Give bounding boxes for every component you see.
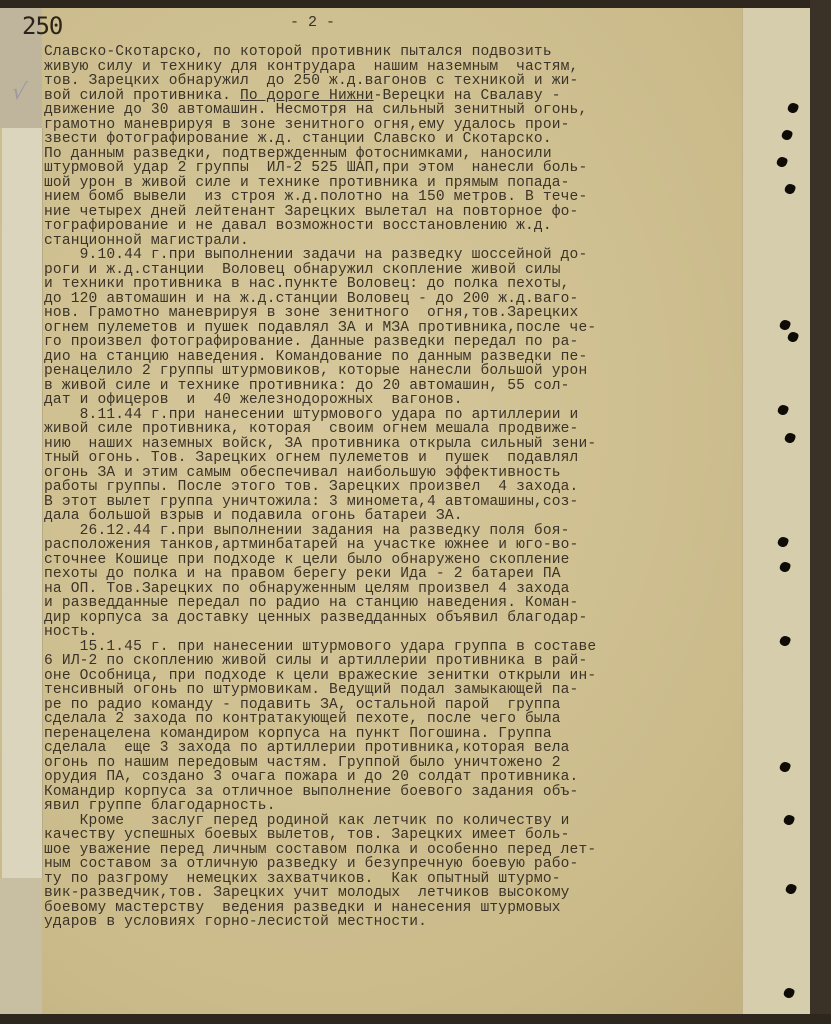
text-line: сделала еще 3 захода по артиллерии проти… xyxy=(44,741,734,756)
text-line: огнем пулеметов и пушек подавлял ЗА и МЗ… xyxy=(44,321,734,336)
text-line: сделала 2 захода по контратакующей пехот… xyxy=(44,712,734,727)
text-line: шое уважение перед личным составом полка… xyxy=(44,843,734,858)
text-line: оне Особница, при подходе к цели вражеск… xyxy=(44,669,734,684)
text-line: в живой силе и технике противника: до 20… xyxy=(44,379,734,394)
text-line: ние четырех дней лейтенант Зарецких выле… xyxy=(44,205,734,220)
text-line: до 120 автомашин и на ж.д.станции Волове… xyxy=(44,292,734,307)
text-line: 9.10.44 г.при выполнении задачи на разве… xyxy=(44,248,734,263)
text-line: работы группы. После этого тов. Зарецких… xyxy=(44,480,734,495)
scan-frame-bottom xyxy=(0,1014,831,1024)
text-line: вик-разведчик,тов. Зарецких учит молодых… xyxy=(44,886,734,901)
text-line: ту по разгрому немецких захватчиков. Как… xyxy=(44,872,734,887)
text-line: явил группе благодарность. xyxy=(44,799,734,814)
text-line: перенацелена командиром корпуса на пункт… xyxy=(44,727,734,742)
document-body-text: Славско-Скотарско, по которой противник … xyxy=(44,45,734,930)
text-line: По данным разведки, подтвержденным фотос… xyxy=(44,147,734,162)
text-line: грамотно маневрируя в зоне зенитного огн… xyxy=(44,118,734,133)
text-line: тный огонь. Тов. Зарецких огнем пулемето… xyxy=(44,451,734,466)
page-number: - 2 - xyxy=(290,14,335,31)
text-line: огонь по нашим передовым частям. Группой… xyxy=(44,756,734,771)
text-line: В этот вылет группа уничтожила: 3 миноме… xyxy=(44,495,734,510)
text-line: тов. Зарецких обнаружил до 250 ж.д.вагон… xyxy=(44,74,734,89)
text-line: ре по радио команду - подавить ЗА, остал… xyxy=(44,698,734,713)
text-line: Командир корпуса за отличное выполнение … xyxy=(44,785,734,800)
text-line: шой урон в живой силе и технике противни… xyxy=(44,176,734,191)
text-line: нов. Грамотно маневрируя в зоне зенитног… xyxy=(44,306,734,321)
text-line: дат и офицеров и 40 железнодорожных ваго… xyxy=(44,393,734,408)
text-line: ренацелило 2 группы штурмовиков, которые… xyxy=(44,364,734,379)
text-line: живую силу и технику для контрудара наши… xyxy=(44,60,734,75)
text-line: и техники противника в нас.пункте Волове… xyxy=(44,277,734,292)
text-line: нием бомб вывели из строя ж.д.полотно на… xyxy=(44,190,734,205)
text-line: тографирование и не давал возможности во… xyxy=(44,219,734,234)
text-line: го произвел фотографирование. Данные раз… xyxy=(44,335,734,350)
text-line: ность. xyxy=(44,625,734,640)
text-line: расположения танков,артминбатарей на уча… xyxy=(44,538,734,553)
text-line: 8.11.44 г.при нанесении штурмового удара… xyxy=(44,408,734,423)
text-line: ным составом за отличную разведку и безу… xyxy=(44,857,734,872)
text-line: Славско-Скотарско, по которой противник … xyxy=(44,45,734,60)
text-line: Кроме заслуг перед родиной как летчик по… xyxy=(44,814,734,829)
text-line: дир корпуса за доставку ценных разведдан… xyxy=(44,611,734,626)
text-line: на ОП. Тов.Зарецких по обнаруженным целя… xyxy=(44,582,734,597)
text-line: живой силе противника, которая своим огн… xyxy=(44,422,734,437)
text-line: нию наших наземных войск, ЗА противника … xyxy=(44,437,734,452)
text-line: боевому мастерству ведения разведки и на… xyxy=(44,901,734,916)
binding-strip-middle xyxy=(2,128,43,878)
text-line: 6 ИЛ-2 по скоплению живой силы и артилле… xyxy=(44,654,734,669)
text-line: штурмовой удар 2 группы ИЛ-2 525 ШАП,при… xyxy=(44,161,734,176)
text-line: дио на станцию наведения. Командование п… xyxy=(44,350,734,365)
archive-page-number: 250 xyxy=(22,12,62,40)
scan-frame-right xyxy=(810,0,831,1024)
text-line: станционной магистрали. xyxy=(44,234,734,249)
text-line: ударов в условиях горно-лесистой местнос… xyxy=(44,915,734,930)
text-line: роги и ж.д.станции Воловец обнаружил ско… xyxy=(44,263,734,278)
text-line: вой силой противника. По дороге Нижни-Ве… xyxy=(44,89,734,104)
text-line: 26.12.44 г.при выполнении задания на раз… xyxy=(44,524,734,539)
text-line: тенсивный огонь по штурмовикам. Ведущий … xyxy=(44,683,734,698)
text-line: и разведданные передал по радио на станц… xyxy=(44,596,734,611)
text-line: качеству успешных боевых вылетов, тов. З… xyxy=(44,828,734,843)
text-line: сточнее Кошице при подходе к цели было о… xyxy=(44,553,734,568)
binding-strip-bottom xyxy=(0,878,42,1014)
text-line: орудия ПА, создано 3 очага пожара и до 2… xyxy=(44,770,734,785)
text-line: пехоты до полка и на правом берегу реки … xyxy=(44,567,734,582)
text-line: звести фотографирование ж.д. станции Сла… xyxy=(44,132,734,147)
text-line: движение до 30 автомашин. Несмотря на си… xyxy=(44,103,734,118)
scan-frame-top xyxy=(0,0,831,8)
text-line: дала большой взрыв и подавила огонь бата… xyxy=(44,509,734,524)
text-line: огонь ЗА и этим самым обеспечивал наибол… xyxy=(44,466,734,481)
text-line: 15.1.45 г. при нанесении штурмового удар… xyxy=(44,640,734,655)
